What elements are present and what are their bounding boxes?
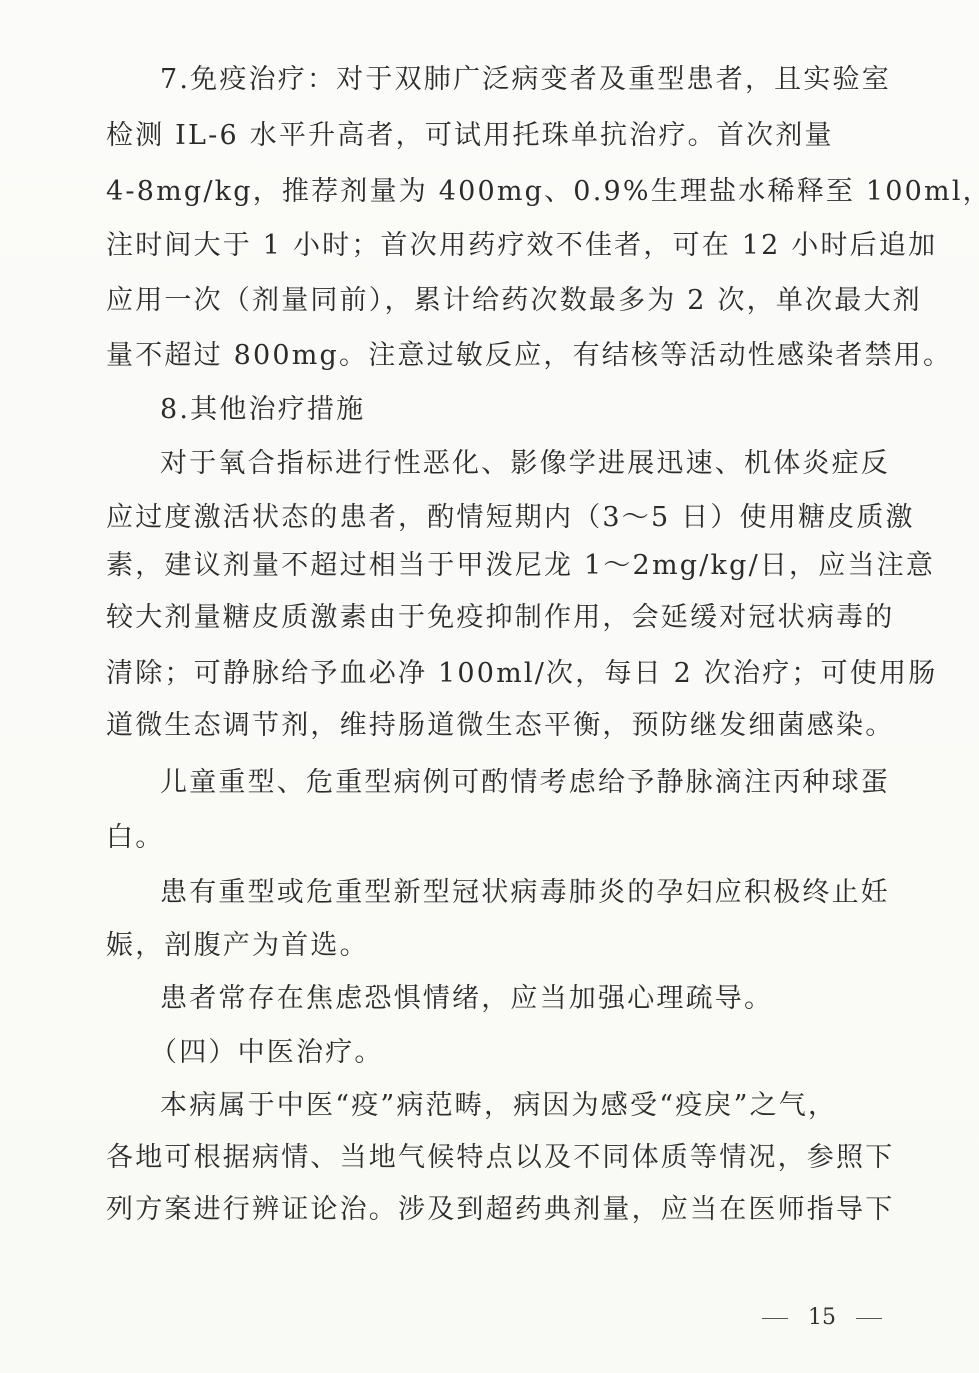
text-line: 娠，剖腹产为首选。 (106, 928, 369, 964)
page-footer: 15 (762, 1303, 882, 1333)
text-line: 检测 IL-6 水平升高者，可试用托珠单抗治疗。首次剂量 (106, 118, 834, 154)
text-line: 列方案进行辨证论治。涉及到超药典剂量，应当在医师指导下 (106, 1192, 894, 1228)
text-line: 儿童重型、危重型病例可酌情考虑给予静脉滴注丙种球蛋 (160, 765, 890, 801)
section-heading: 8.其他治疗措施 (160, 392, 365, 428)
text-line: 量不超过 800mg。注意过敏反应，有结核等活动性感染者禁用。 (106, 338, 952, 374)
text-line: 较大剂量糖皮质激素由于免疫抑制作用，会延缓对冠状病毒的 (106, 600, 894, 636)
page-number: 15 (808, 1303, 836, 1333)
document-page: 7.免疫治疗：对于双肺广泛病变者及重型患者，且实验室 检测 IL-6 水平升高者… (0, 0, 979, 1373)
text-line: 本病属于中医“疫”病范畴，病因为感受“疫戾”之气， (160, 1088, 837, 1124)
text-line: 应过度激活状态的患者，酌情短期内（3～5 日）使用糖皮质激 (106, 500, 915, 536)
text-line: 白。 (106, 820, 164, 856)
text-line: 各地可根据病情、当地气候特点以及不同体质等情况，参照下 (106, 1140, 894, 1176)
text-line: 患者常存在焦虑恐惧情绪，应当加强心理疏导。 (160, 981, 773, 1017)
text-line: 道微生态调节剂，维持肠道微生态平衡，预防继发细菌感染。 (106, 708, 894, 744)
text-line: 注时间大于 1 小时；首次用药疗效不佳者，可在 12 小时后追加 (106, 228, 937, 264)
text-line: 患有重型或危重型新型冠状病毒肺炎的孕妇应积极终止妊 (160, 875, 890, 911)
dash-right (856, 1318, 882, 1319)
text-line: 4-8mg/kg，推荐剂量为 400mg、0.9%生理盐水稀释至 100ml，输 (106, 174, 979, 210)
dash-left (762, 1318, 788, 1319)
text-line: 应用一次（剂量同前），累计给药次数最多为 2 次，单次最大剂 (106, 283, 922, 319)
text-line: 对于氧合指标进行性恶化、影像学进展迅速、机体炎症反 (160, 446, 890, 482)
text-line: 素，建议剂量不超过相当于甲泼尼龙 1～2mg/kg/日，应当注意 (106, 548, 935, 584)
section-heading: （四）中医治疗。 (150, 1035, 384, 1071)
text-line: 7.免疫治疗：对于双肺广泛病变者及重型患者，且实验室 (160, 62, 891, 98)
text-line: 清除；可静脉给予血必净 100ml/次，每日 2 次治疗；可使用肠 (106, 656, 937, 692)
